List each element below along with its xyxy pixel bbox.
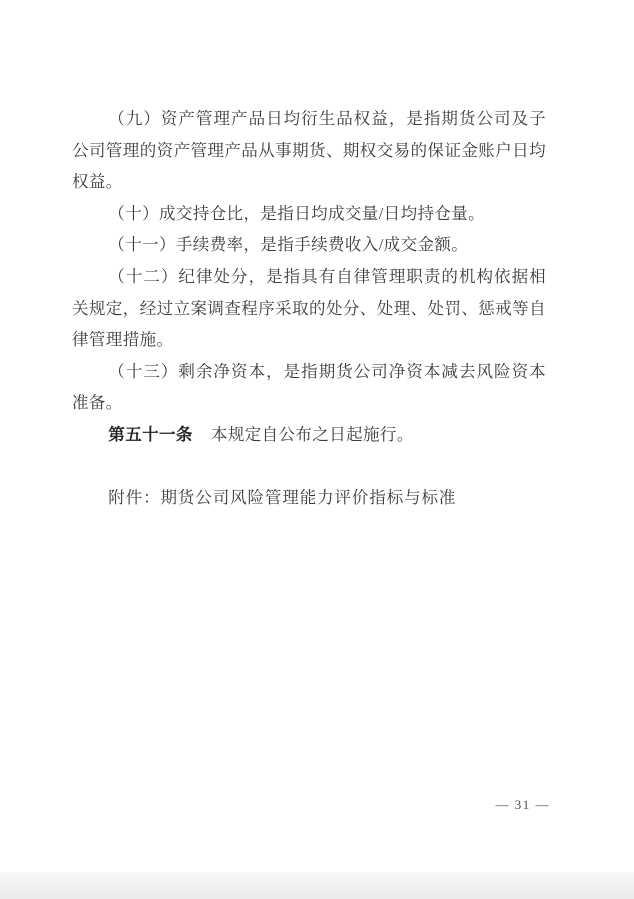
paragraph-item-10: （十）成交持仓比，是指日均成交量/日均持仓量。 bbox=[72, 198, 546, 230]
article-number: 第五十一条 bbox=[108, 425, 193, 444]
article-text: 本规定自公布之日起施行。 bbox=[211, 425, 414, 444]
page-body-text: （九）资产管理产品日均衍生品权益，是指期货公司及子公司管理的资产管理产品从事期货… bbox=[72, 103, 546, 513]
page-number: — 31 — bbox=[0, 797, 550, 813]
paragraph-item-9: （九）资产管理产品日均衍生品权益，是指期货公司及子公司管理的资产管理产品从事期货… bbox=[72, 103, 546, 198]
paragraph-item-11: （十一）手续费率，是指手续费收入/成交金额。 bbox=[72, 229, 546, 261]
page-bottom-edge bbox=[0, 872, 634, 899]
article-51-line: 第五十一条本规定自公布之日起施行。 bbox=[72, 419, 546, 451]
document-page: （九）资产管理产品日均衍生品权益，是指期货公司及子公司管理的资产管理产品从事期货… bbox=[0, 0, 634, 899]
paragraph-item-12: （十二）纪律处分，是指具有自律管理职责的机构依据相关规定，经过立案调查程序采取的… bbox=[72, 261, 546, 356]
attachment-line: 附件：期货公司风险管理能力评价指标与标准 bbox=[72, 482, 546, 514]
paragraph-item-13: （十三）剩余净资本，是指期货公司净资本减去风险资本准备。 bbox=[72, 356, 546, 419]
